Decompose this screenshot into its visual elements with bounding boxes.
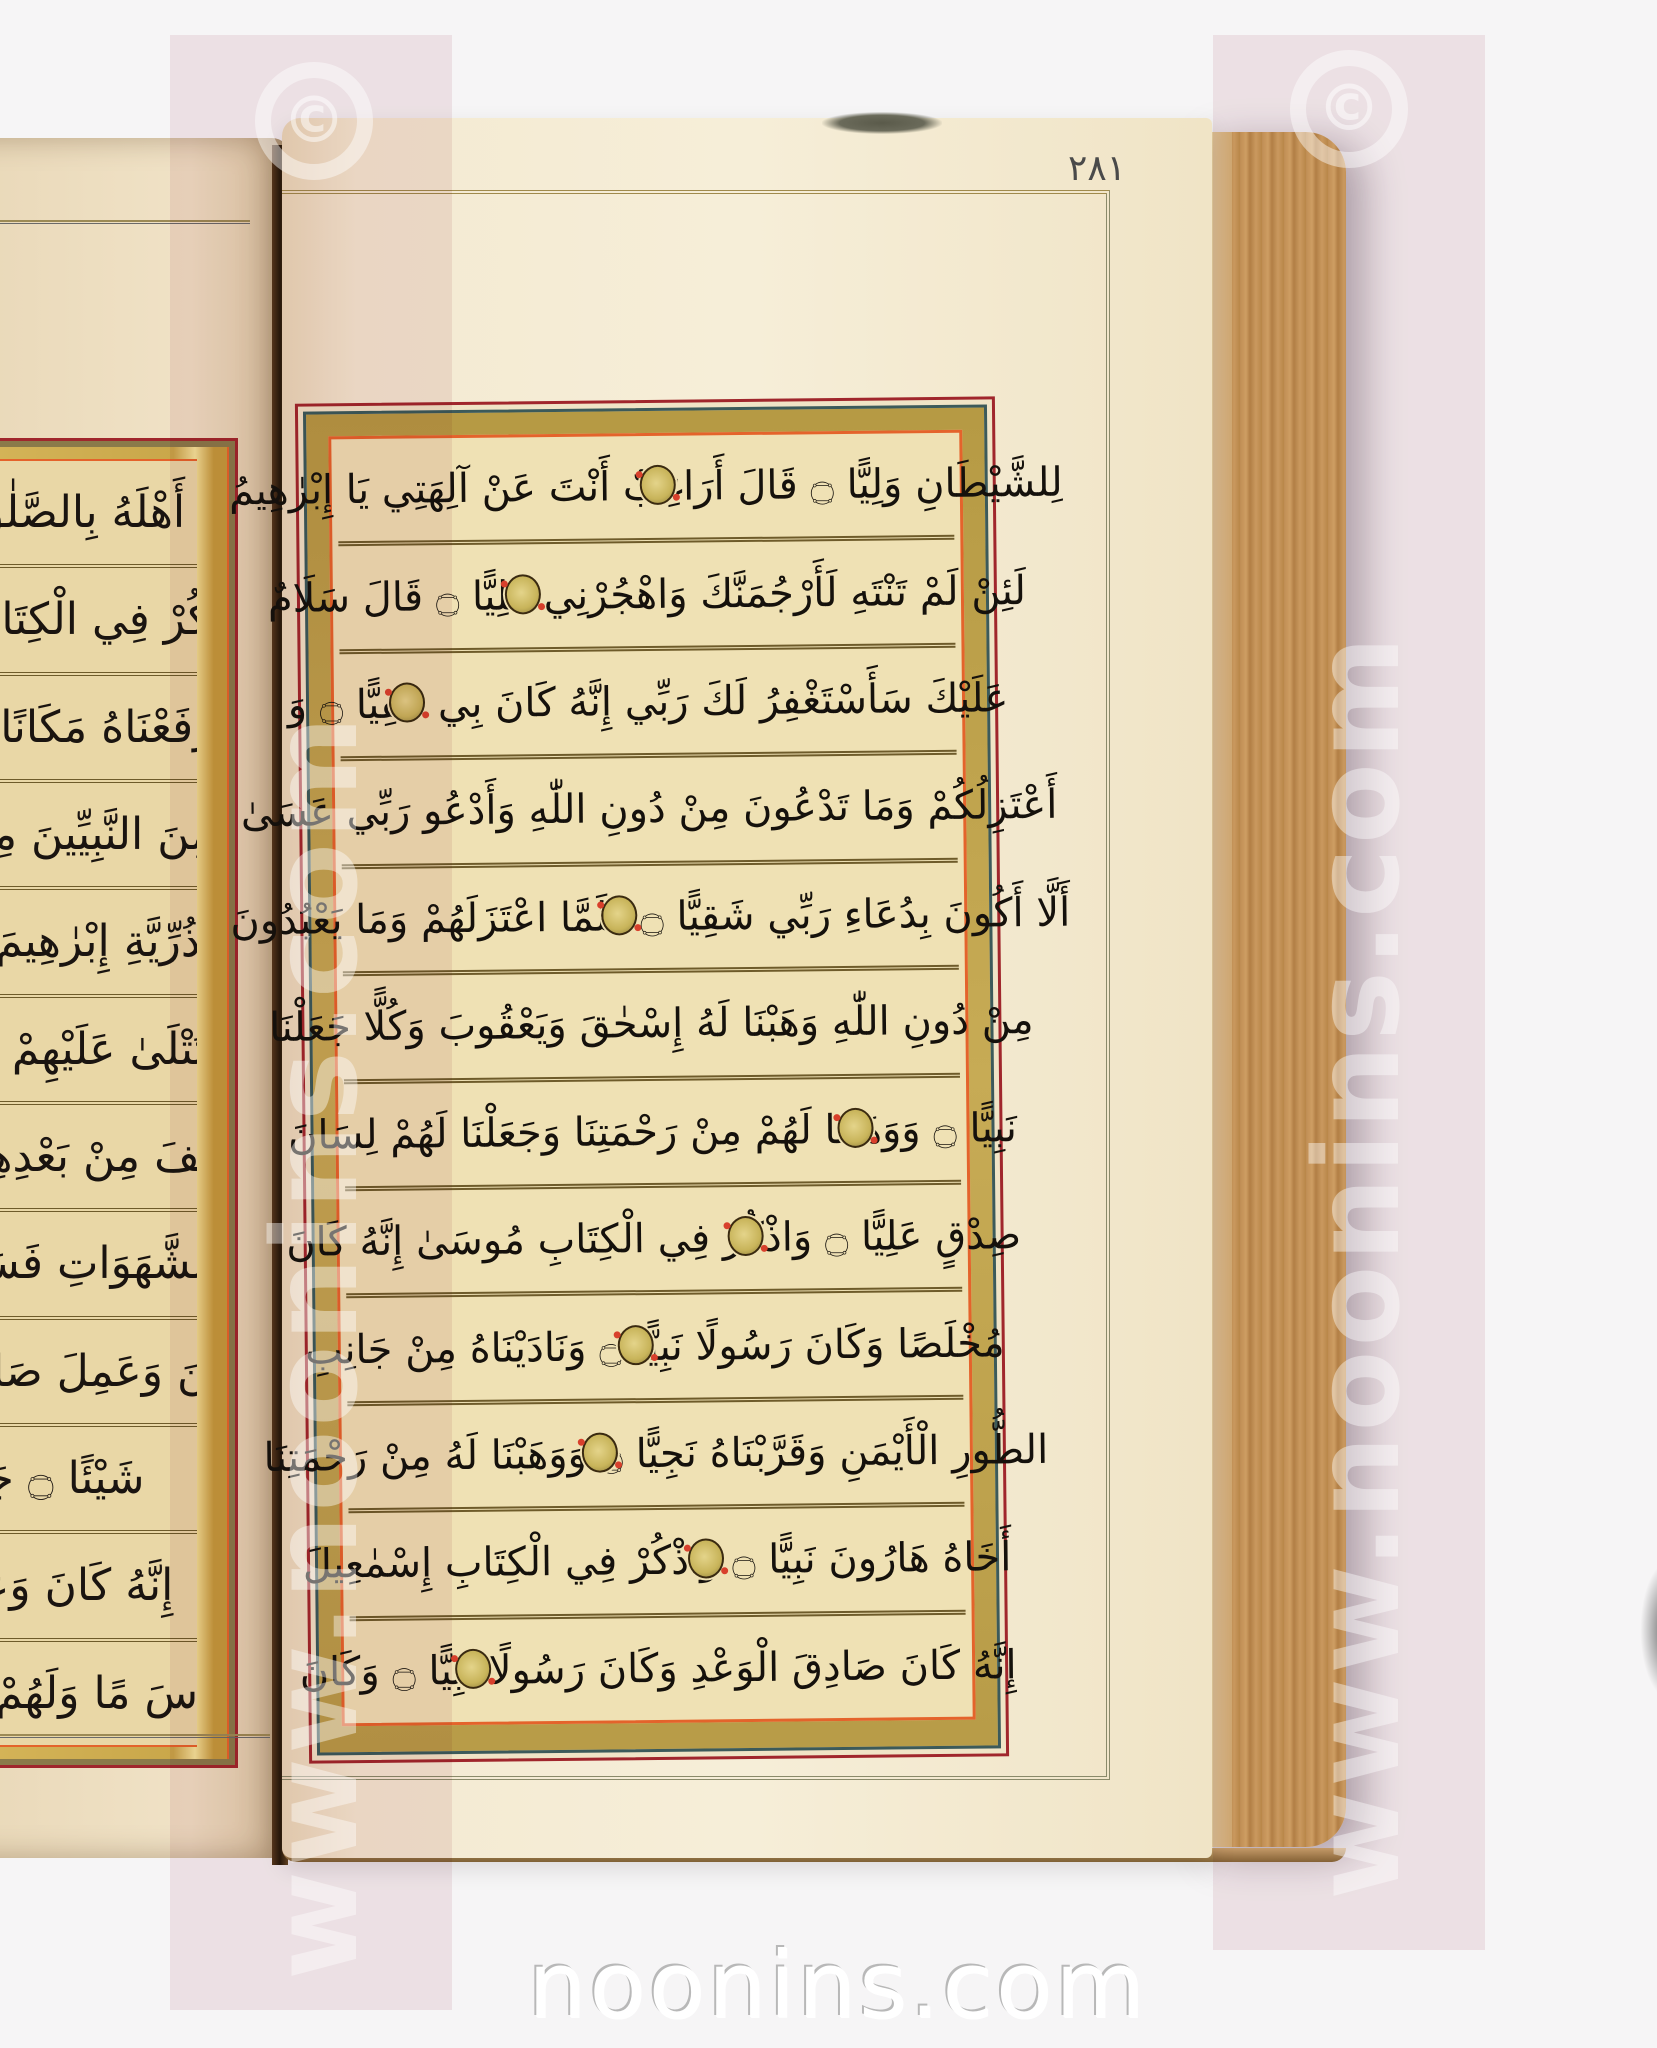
folio-number: ٢٨١ bbox=[1068, 148, 1126, 189]
page-stain bbox=[822, 112, 942, 134]
left-text-block: يَأْمُرُ أَهْلَهُ بِالصَّلٰوة وَاذْكُرْ … bbox=[0, 459, 197, 1747]
left-text-line: تُتْلَىٰ عَلَيْهِمْ آيَا bbox=[0, 998, 197, 1105]
left-text-line: شَيْئًا ۝ جَنَّا bbox=[0, 1427, 197, 1534]
object-shadow bbox=[1640, 1560, 1657, 1700]
watermark-bottom-text: noonins.com bbox=[528, 1932, 1148, 2039]
left-text-line: وَرَفَعْنَاهُ مَكَانًا عَ bbox=[0, 676, 197, 783]
verse-rosette-icon bbox=[727, 1216, 763, 1256]
left-text-line: ذُرِّيَّةِ إِبْرٰهِيمَ وَ bbox=[0, 890, 197, 997]
watermark-vertical-text: www.noonins.com bbox=[246, 712, 384, 1980]
left-text-line: مِنَ النَّبِيِّينَ مِنْ bbox=[0, 783, 197, 890]
left-text-line: سَ مًا وَلَهُمْ رِ bbox=[0, 1642, 197, 1745]
watermark-vertical-text: www.noonins.com bbox=[1288, 632, 1426, 1900]
verse-rosette-icon bbox=[618, 1325, 654, 1365]
copyright-icon: © bbox=[255, 62, 373, 180]
left-text-line: آمَنَ وَعَمِلَ صَالِ bbox=[0, 1320, 197, 1427]
verse-rosette-icon bbox=[455, 1649, 491, 1689]
left-text-line: وَاذْكُرْ فِي الْكِتَابِ bbox=[0, 568, 197, 675]
left-text-line: يَأْمُرُ أَهْلَهُ بِالصَّلٰوة bbox=[0, 461, 197, 568]
left-text-line: إِنَّهُ كَانَ وَعْدُ bbox=[0, 1534, 197, 1641]
left-text-line: فَخَلَفَ مِنْ بَعْدِهِمْ bbox=[0, 1105, 197, 1212]
left-text-line: الشَّهَوَاتِ فَسَوْ bbox=[0, 1212, 197, 1319]
verse-rosette-icon bbox=[639, 465, 675, 505]
copyright-icon: © bbox=[1290, 50, 1408, 168]
verse-rosette-icon bbox=[837, 1107, 873, 1147]
verse-rosette-icon bbox=[601, 895, 637, 935]
verse-rosette-icon bbox=[505, 574, 541, 614]
